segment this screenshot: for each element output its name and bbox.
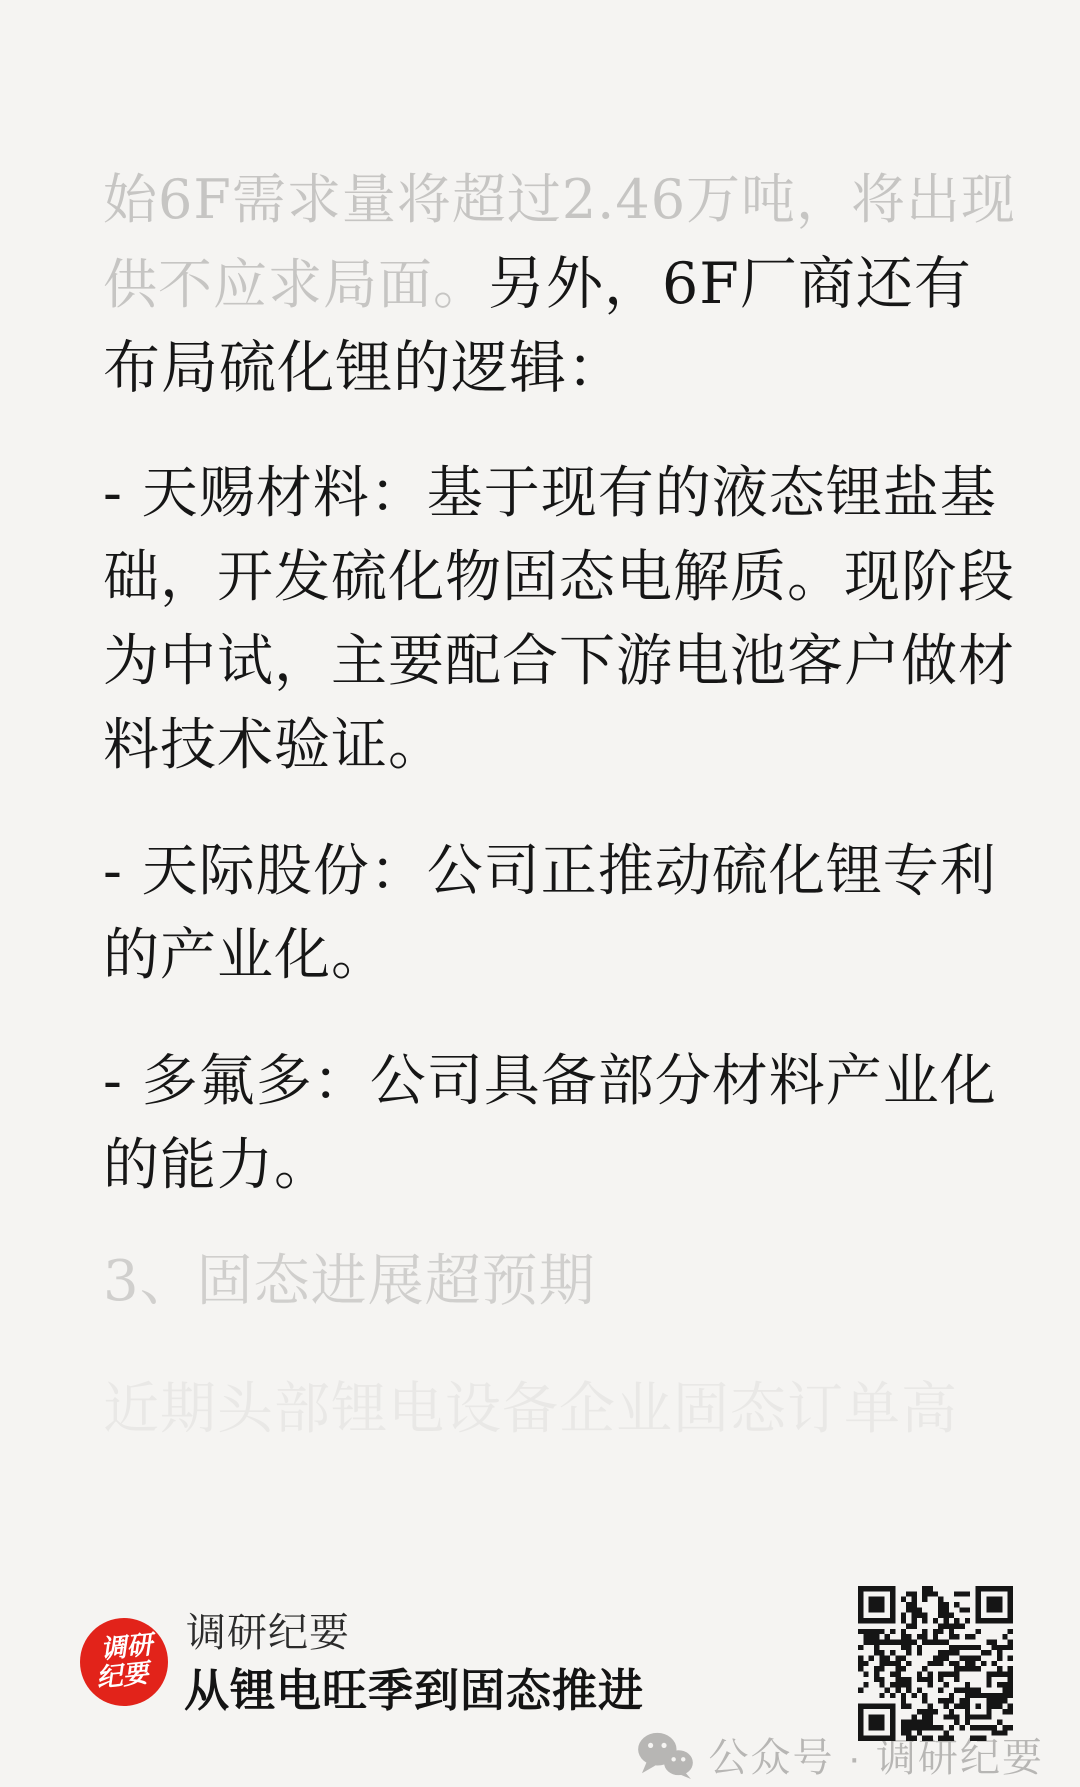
account-name: 调研纪要 (186, 1608, 350, 1658)
text-line: - 多氟多：公司具备部分材料产业化 (103, 1040, 997, 1124)
article-title: 从锂电旺季到固态推进 (184, 1662, 644, 1720)
wechat-icon (636, 1731, 694, 1779)
carryover-line-2: 供不应求局面。另外，6F厂商还有 (103, 242, 997, 326)
text-line: - 天赐材料：基于现有的液态锂盐基 (103, 452, 997, 536)
text-line: 础，开发硫化物固态电解质。现阶段 (103, 536, 997, 620)
carryover-line-3: 布局硫化锂的逻辑： (103, 326, 997, 410)
paragraph-carryover: 始6F需求量将超过2.46万吨，将出现 供不应求局面。另外，6F厂商还有 布局硫… (103, 158, 997, 410)
paragraph-tianji: - 天际股份：公司正推动硫化锂专利的产业化。 (103, 830, 997, 998)
text-line: 为中试，主要配合下游电池客户做材 (103, 620, 997, 704)
paragraph-duofuduo: - 多氟多：公司具备部分材料产业化的能力。 (103, 1040, 997, 1208)
text-line: - 天际股份：公司正推动硫化锂专利 (103, 830, 997, 914)
next-section-heading: 3、固态进展超预期 (103, 1240, 997, 1324)
article-body: 始6F需求量将超过2.46万吨，将出现 供不应求局面。另外，6F厂商还有 布局硫… (103, 158, 997, 1452)
carryover-text: 始6F需求量将超过2.46万吨，将出现 (103, 168, 1016, 231)
paragraph-tianci: - 天赐材料：基于现有的液态锂盐基础，开发硫化物固态电解质。现阶段为中试，主要配… (103, 452, 997, 788)
logo-text-bottom: 纪要 (88, 1659, 157, 1694)
lead-sentence-end: 布局硫化锂的逻辑： (103, 335, 625, 401)
carryover-text-end: 供不应求局面。 (103, 253, 488, 316)
brand-logo-text: 调研 纪要 (91, 1631, 157, 1693)
brand-logo: 调研 纪要 (80, 1618, 168, 1706)
lead-sentence: 另外，6F厂商还有 (488, 251, 972, 317)
carryover-line-1: 始6F需求量将超过2.46万吨，将出现 (103, 158, 997, 242)
article-screenshot: 始6F需求量将超过2.46万吨，将出现 供不应求局面。另外，6F厂商还有 布局硫… (0, 0, 1080, 1787)
qr-code (858, 1586, 1013, 1741)
text-line: 的产业化。 (103, 914, 997, 998)
text-line: 料技术验证。 (103, 704, 997, 788)
text-line: 的能力。 (103, 1124, 997, 1208)
next-section-preview: 近期头部锂电设备企业固态订单高 (103, 1368, 997, 1452)
